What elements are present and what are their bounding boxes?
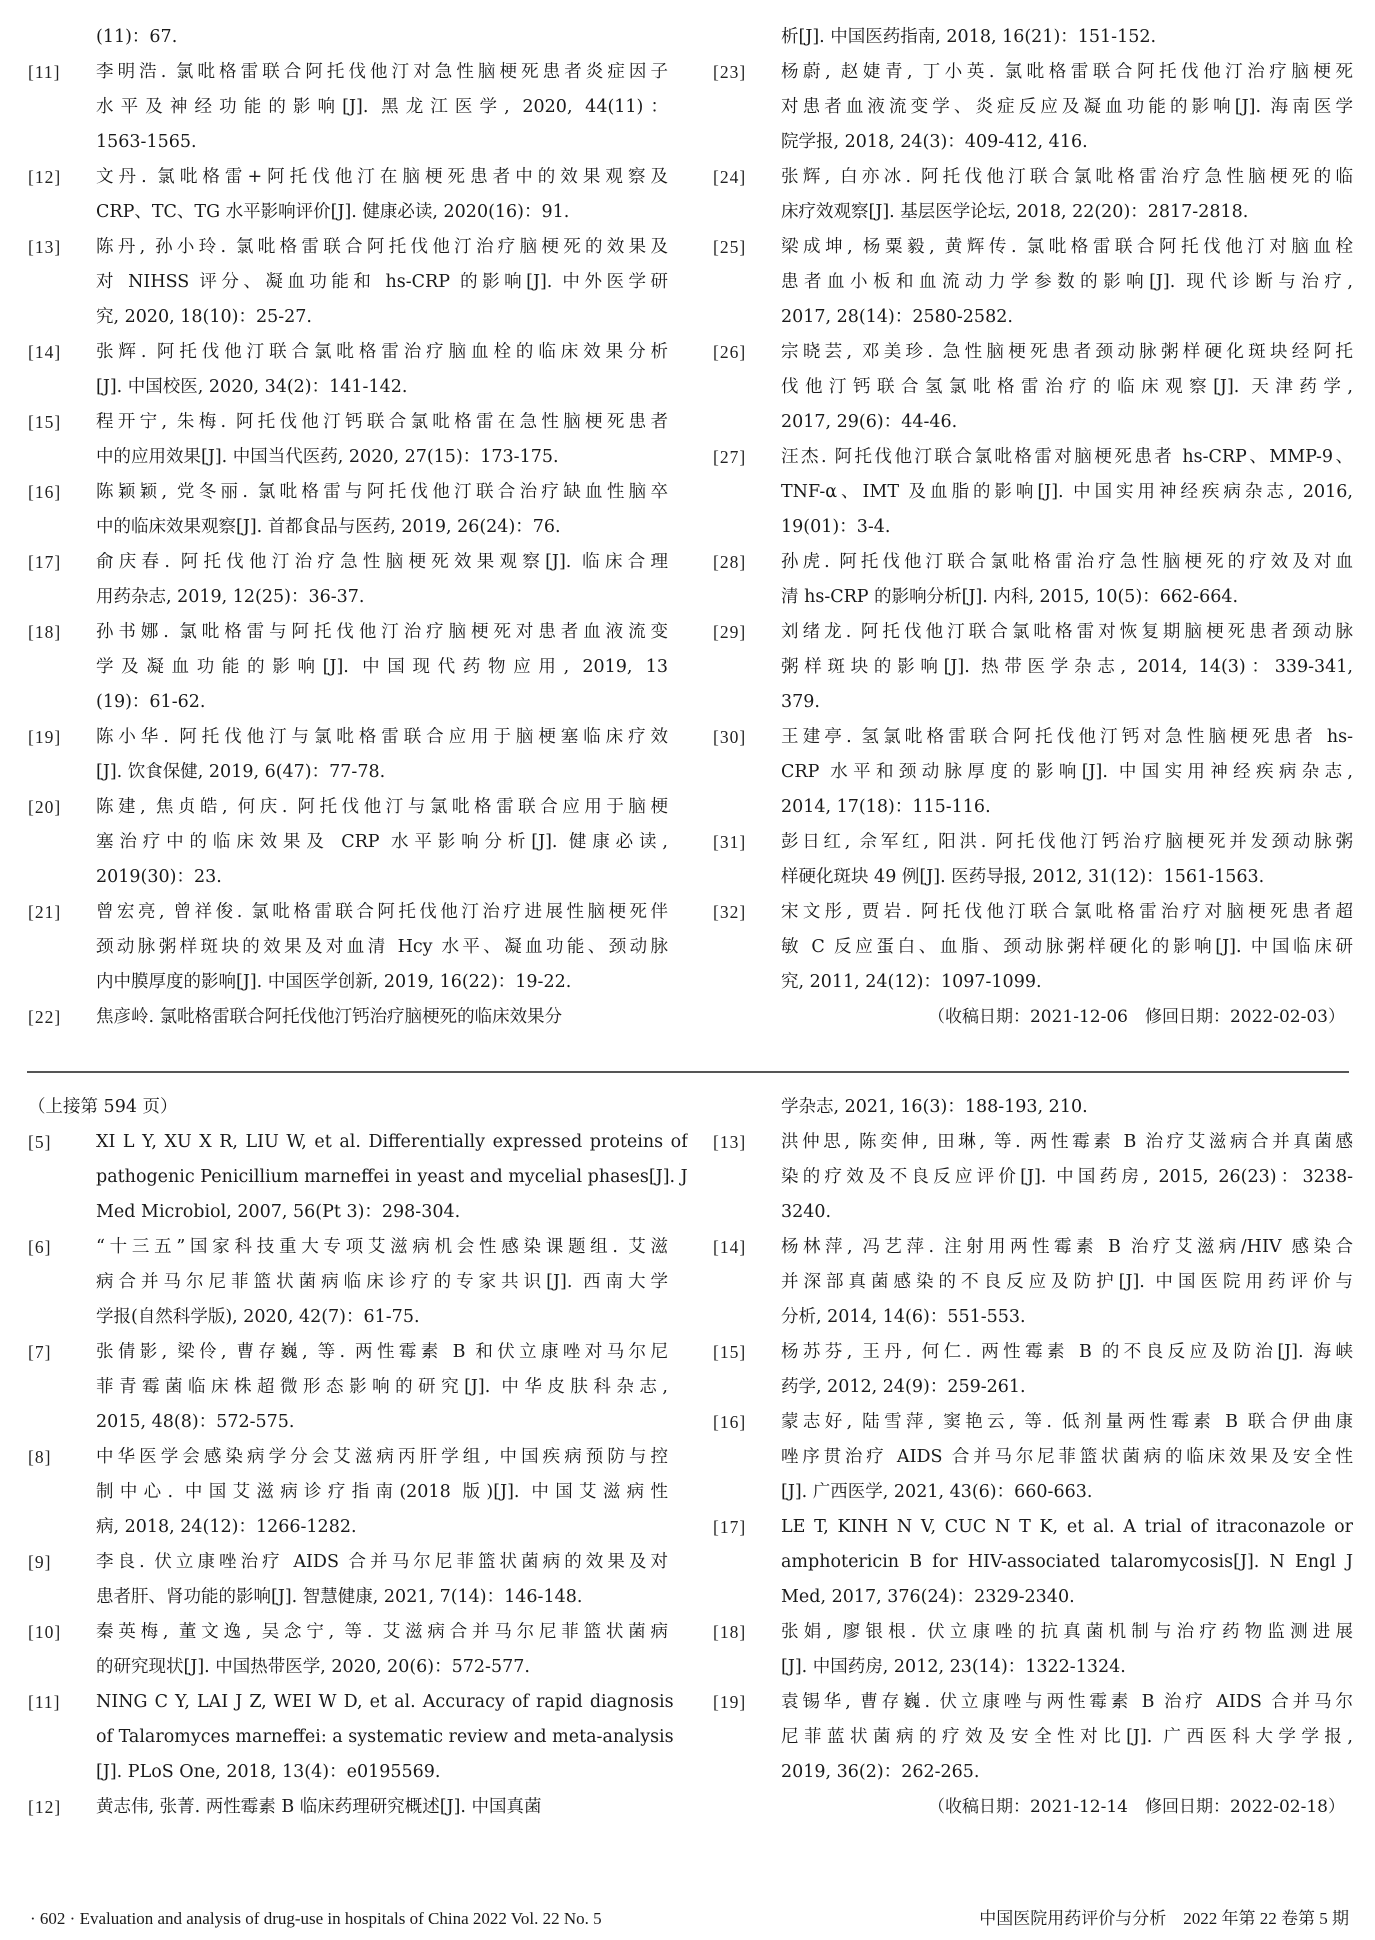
- reference-number: [27]: [713, 440, 781, 475]
- reference-entry: [31]彭日红, 佘军红, 阳洪. 阿托伐他汀钙治疗脑梗死并发颈动脉粥样硬化斑块…: [713, 825, 1353, 895]
- reference-number: [20]: [28, 790, 96, 825]
- reference-entry: [16]陈颖颖, 党冬丽. 氯吡格雷与阿托伐他汀联合治疗缺血性脑卒中的临床效果观…: [28, 475, 668, 545]
- reference-text: 汪杰. 阿托伐他汀联合氯吡格雷对脑梗死患者 hs-CRP、MMP-9、TNF-α…: [781, 440, 1353, 545]
- reference-column-top-left: (11)：67.[11]李明浩. 氯吡格雷联合阿托伐他汀对急性脑梗死患者炎症因子…: [28, 20, 668, 1035]
- reference-text: 程开宁, 朱梅. 阿托伐他汀钙联合氯吡格雷在急性脑梗死患者中的应用效果[J]. …: [96, 405, 668, 475]
- reference-line: 3240.: [781, 1195, 1353, 1230]
- reference-line: 陈小华. 阿托伐他汀与氯吡格雷联合应用于脑梗塞临床疗效: [96, 720, 668, 755]
- reference-entry: [5]XI L Y, XU X R, LIU W, et al. Differe…: [28, 1125, 668, 1230]
- reference-line: [J]. 中国校医, 2020, 34(2)：141-142.: [96, 370, 668, 405]
- reference-entry: [14]杨林萍, 冯艺萍. 注射用两性霉素 B 治疗艾滋病/HIV 感染合并深部…: [713, 1230, 1353, 1335]
- reference-text: 李明浩. 氯吡格雷联合阿托伐他汀对急性脑梗死患者炎症因子水平及神经功能的影响[J…: [96, 55, 668, 160]
- reference-text: XI L Y, XU X R, LIU W, et al. Differenti…: [96, 1125, 688, 1230]
- reference-number: [6]: [28, 1230, 96, 1265]
- reference-text: “十三五”国家科技重大专项艾滋病机会性感染课题组. 艾滋病合并马尔尼菲篮状菌病临…: [96, 1230, 668, 1335]
- reference-number: [7]: [28, 1335, 96, 1370]
- reference-entry: [11]NING C Y, LAI J Z, WEI W D, et al. A…: [28, 1685, 668, 1790]
- reference-entry: [13]洪仲思, 陈奕伸, 田琳, 等. 两性霉素 B 治疗艾滋病合并真菌感染的…: [713, 1125, 1353, 1230]
- reference-entry: [13]陈丹, 孙小玲. 氯吡格雷联合阿托伐他汀治疗脑梗死的效果及对 NIHSS…: [28, 230, 668, 335]
- reference-entry: [18]张娟, 廖银根. 伏立康唑的抗真菌机制与治疗药物监测进展[J]. 中国药…: [713, 1615, 1353, 1685]
- reference-number: [29]: [713, 615, 781, 650]
- reference-line: 黄志伟, 张菁. 两性霉素 B 临床药理研究概述[J]. 中国真菌: [96, 1790, 668, 1825]
- reference-text: 杨林萍, 冯艺萍. 注射用两性霉素 B 治疗艾滋病/HIV 感染合并深部真菌感染…: [781, 1230, 1353, 1335]
- reference-text: 文丹. 氯吡格雷+阿托伐他汀在脑梗死患者中的效果观察及CRP、TC、TG 水平影…: [96, 160, 668, 230]
- reference-line: 孙书娜. 氯吡格雷与阿托伐他汀治疗脑梗死对患者血液流变: [96, 615, 668, 650]
- reference-entry: [12]文丹. 氯吡格雷+阿托伐他汀在脑梗死患者中的效果观察及CRP、TC、TG…: [28, 160, 668, 230]
- reference-entry: [23]杨蔚, 赵婕青, 丁小英. 氯吡格雷联合阿托伐他汀治疗脑梗死对患者血液流…: [713, 55, 1353, 160]
- reference-line: 敏 C 反应蛋白、血脂、颈动脉粥样硬化的影响[J]. 中国临床研: [781, 930, 1353, 965]
- reference-number: [13]: [28, 230, 96, 265]
- reference-continuation-line: 学杂志, 2021, 16(3)：188-193, 210.: [713, 1090, 1353, 1125]
- reference-line: 2019(30)：23.: [96, 860, 668, 895]
- reference-number: [22]: [28, 1000, 96, 1035]
- reference-number: [23]: [713, 55, 781, 90]
- reference-entry: [29]刘绪龙. 阿托伐他汀联合氯吡格雷对恢复期脑梗死患者颈动脉粥样斑块的影响[…: [713, 615, 1353, 720]
- reference-line: 究, 2011, 24(12)：1097-1099.: [781, 965, 1353, 1000]
- reference-number: [30]: [713, 720, 781, 755]
- reference-entry: [7]张倩影, 梁伶, 曹存巍, 等. 两性霉素 B 和伏立康唑对马尔尼菲青霉菌…: [28, 1335, 668, 1440]
- reference-line: 对 NIHSS 评分、凝血功能和 hs-CRP 的影响[J]. 中外医学研: [96, 265, 668, 300]
- reference-column-bottom-left: （上接第 594 页）[5]XI L Y, XU X R, LIU W, et …: [28, 1090, 668, 1825]
- reference-line: 秦英梅, 董文逸, 吴念宁, 等. 艾滋病合并马尔尼菲篮状菌病: [96, 1615, 668, 1650]
- reference-line: 王建亭. 氢氯吡格雷联合阿托伐他汀钙对急性脑梗死患者 hs-: [781, 720, 1353, 755]
- reference-text: 杨蔚, 赵婕青, 丁小英. 氯吡格雷联合阿托伐他汀治疗脑梗死对患者血液流变学、炎…: [781, 55, 1353, 160]
- reference-line: 水平及神经功能的影响[J]. 黑龙江医学, 2020, 44(11)：: [96, 90, 668, 125]
- reference-number: [32]: [713, 895, 781, 930]
- reference-line: 究, 2020, 18(10)：25-27.: [96, 300, 668, 335]
- reference-entry: [19]陈小华. 阿托伐他汀与氯吡格雷联合应用于脑梗塞临床疗效[J]. 饮食保健…: [28, 720, 668, 790]
- reference-line: 样硬化斑块 49 例[J]. 医药导报, 2012, 31(12)：1561-1…: [781, 860, 1353, 895]
- reference-number: [17]: [28, 545, 96, 580]
- reference-line: 1563-1565.: [96, 125, 668, 160]
- reference-line: TNF-α、IMT 及血脂的影响[J]. 中国实用神经疾病杂志, 2016,: [781, 475, 1353, 510]
- reference-line: 洪仲思, 陈奕伸, 田琳, 等. 两性霉素 B 治疗艾滋病合并真菌感: [781, 1125, 1353, 1160]
- reference-line: 药学, 2012, 24(9)：259-261.: [781, 1370, 1353, 1405]
- reference-line: 2017, 28(14)：2580-2582.: [781, 300, 1353, 335]
- reference-line: 文丹. 氯吡格雷+阿托伐他汀在脑梗死患者中的效果观察及: [96, 160, 668, 195]
- reference-line: 宋文彤, 贾岩. 阿托伐他汀联合氯吡格雷治疗对脑梗死患者超: [781, 895, 1353, 930]
- reference-line: 杨林萍, 冯艺萍. 注射用两性霉素 B 治疗艾滋病/HIV 感染合: [781, 1230, 1353, 1265]
- reference-number: [16]: [28, 475, 96, 510]
- reference-line: 制中心. 中国艾滋病诊疗指南(2018 版)[J]. 中国艾滋病性: [96, 1475, 668, 1510]
- reference-number: [19]: [28, 720, 96, 755]
- reference-line: 中的应用效果[J]. 中国当代医药, 2020, 27(15)：173-175.: [96, 440, 668, 475]
- reference-line: 2015, 48(8)：572-575.: [96, 1405, 668, 1440]
- reference-entry: [6]“十三五”国家科技重大专项艾滋病机会性感染课题组. 艾滋病合并马尔尼菲篮状…: [28, 1230, 668, 1335]
- reference-number: [18]: [28, 615, 96, 650]
- reference-text: 曾宏亮, 曾祥俊. 氯吡格雷联合阿托伐他汀治疗进展性脑梗死伴颈动脉粥样斑块的效果…: [96, 895, 668, 1000]
- reference-line: NING C Y, LAI J Z, WEI W D, et al. Accur…: [96, 1685, 674, 1720]
- reference-line: Med Microbiol, 2007, 56(Pt 3)：298-304.: [96, 1195, 688, 1230]
- reference-line: 19(01)：3-4.: [781, 510, 1353, 545]
- reference-text: 彭日红, 佘军红, 阳洪. 阿托伐他汀钙治疗脑梗死并发颈动脉粥样硬化斑块 49 …: [781, 825, 1353, 895]
- reference-line: 塞治疗中的临床效果及 CRP 水平影响分析[J]. 健康必读,: [96, 825, 668, 860]
- reference-text: 陈丹, 孙小玲. 氯吡格雷联合阿托伐他汀治疗脑梗死的效果及对 NIHSS 评分、…: [96, 230, 668, 335]
- reference-text: NING C Y, LAI J Z, WEI W D, et al. Accur…: [96, 1685, 674, 1790]
- reference-column-bottom-right: 学杂志, 2021, 16(3)：188-193, 210.[13]洪仲思, 陈…: [713, 1090, 1353, 1825]
- footer-journal-info-chinese: 中国医院用药评价与分析 2022 年第 22 卷第 5 期: [979, 1904, 1349, 1934]
- reference-line: 床疗效观察[J]. 基层医学论坛, 2018, 22(20)：2817-2818…: [781, 195, 1353, 230]
- reference-number: [26]: [713, 335, 781, 370]
- reference-line: 彭日红, 佘军红, 阳洪. 阿托伐他汀钙治疗脑梗死并发颈动脉粥: [781, 825, 1353, 860]
- reference-line: Med, 2017, 376(24)：2329-2340.: [781, 1580, 1353, 1615]
- reference-line: 菲青霉菌临床株超微形态影响的研究[J]. 中华皮肤科杂志,: [96, 1370, 668, 1405]
- reference-line: 患者肝、肾功能的影响[J]. 智慧健康, 2021, 7(14)：146-148…: [96, 1580, 668, 1615]
- reference-text: LE T, KINH N V, CUC N T K, et al. A tria…: [781, 1510, 1353, 1615]
- reference-line: 院学报, 2018, 24(3)：409-412, 416.: [781, 125, 1353, 160]
- reference-line: 张辉, 白亦冰. 阿托伐他汀联合氯吡格雷治疗急性脑梗死的临: [781, 160, 1353, 195]
- reference-line: (19)：61-62.: [96, 685, 668, 720]
- reference-text: 孙虎. 阿托伐他汀联合氯吡格雷治疗急性脑梗死的疗效及对血清 hs-CRP 的影响…: [781, 545, 1353, 615]
- reference-text: 蒙志好, 陆雪萍, 窦艳云, 等. 低剂量两性霉素 B 联合伊曲康唑序贯治疗 A…: [781, 1405, 1353, 1510]
- reference-entry: [15]杨苏芬, 王丹, 何仁. 两性霉素 B 的不良反应及防治[J]. 海峡药…: [713, 1335, 1353, 1405]
- reference-line: CRP 水平和颈动脉厚度的影响[J]. 中国实用神经疾病杂志,: [781, 755, 1353, 790]
- reference-number: [18]: [713, 1615, 781, 1650]
- reference-number: [5]: [28, 1125, 96, 1160]
- reference-line: 学及凝血功能的影响[J]. 中国现代药物应用, 2019, 13: [96, 650, 668, 685]
- reference-line: 俞庆春. 阿托伐他汀治疗急性脑梗死效果观察[J]. 临床合理: [96, 545, 668, 580]
- reference-entry: [26]宗晓芸, 邓美珍. 急性脑梗死患者颈动脉粥样硬化斑块经阿托伐他汀钙联合氢…: [713, 335, 1353, 440]
- reference-line: 唑序贯治疗 AIDS 合并马尔尼菲篮状菌病的临床效果及安全性: [781, 1440, 1353, 1475]
- reference-line: 粥样斑块的影响[J]. 热带医学杂志, 2014, 14(3)：339-341,: [781, 650, 1353, 685]
- reference-column-top-right: 析[J]. 中国医药指南, 2018, 16(21)：151-152.[23]杨…: [713, 20, 1353, 1035]
- reference-entry: [16]蒙志好, 陆雪萍, 窦艳云, 等. 低剂量两性霉素 B 联合伊曲康唑序贯…: [713, 1405, 1353, 1510]
- reference-line: 孙虎. 阿托伐他汀联合氯吡格雷治疗急性脑梗死的疗效及对血: [781, 545, 1353, 580]
- reference-number: [15]: [28, 405, 96, 440]
- reference-entry: [8]中华医学会感染病学分会艾滋病丙肝学组, 中国疾病预防与控制中心. 中国艾滋…: [28, 1440, 668, 1545]
- reference-line: 用药杂志, 2019, 12(25)：36-37.: [96, 580, 668, 615]
- reference-line: [J]. 中国药房, 2012, 23(14)：1322-1324.: [781, 1650, 1353, 1685]
- reference-text: 陈建, 焦贞皓, 何庆. 阿托伐他汀与氯吡格雷联合应用于脑梗塞治疗中的临床效果及…: [96, 790, 668, 895]
- reference-line: “十三五”国家科技重大专项艾滋病机会性感染课题组. 艾滋: [96, 1230, 668, 1265]
- received-revised-dates: （收稿日期：2021-12-06 修回日期：2022-02-03）: [713, 1000, 1353, 1035]
- reference-line: 颈动脉粥样斑块的效果及对血清 Hcy 水平、凝血功能、颈动脉: [96, 930, 668, 965]
- reference-line: 李明浩. 氯吡格雷联合阿托伐他汀对急性脑梗死患者炎症因子: [96, 55, 668, 90]
- reference-continuation-line: (11)：67.: [28, 20, 668, 55]
- reference-line: 梁成坤, 杨粟毅, 黄辉传. 氯吡格雷联合阿托伐他汀对脑血栓: [781, 230, 1353, 265]
- reference-number: [19]: [713, 1685, 781, 1720]
- reference-entry: [22]焦彦岭. 氯吡格雷联合阿托伐他汀钙治疗脑梗死的临床效果分: [28, 1000, 668, 1035]
- reference-line: [J]. PLoS One, 2018, 13(4)：e0195569.: [96, 1755, 674, 1790]
- reference-line: 陈丹, 孙小玲. 氯吡格雷联合阿托伐他汀治疗脑梗死的效果及: [96, 230, 668, 265]
- reference-entry: [17]俞庆春. 阿托伐他汀治疗急性脑梗死效果观察[J]. 临床合理用药杂志, …: [28, 545, 668, 615]
- reference-line: 患者血小板和血流动力学参数的影响[J]. 现代诊断与治疗,: [781, 265, 1353, 300]
- reference-number: [11]: [28, 55, 96, 90]
- reference-text: 袁锡华, 曹存巍. 伏立康唑与两性霉素 B 治疗 AIDS 合并马尔尼菲蓝状菌病…: [781, 1685, 1353, 1790]
- reference-number: [24]: [713, 160, 781, 195]
- section-divider: [27, 1071, 1349, 1073]
- reference-line: 焦彦岭. 氯吡格雷联合阿托伐他汀钙治疗脑梗死的临床效果分: [96, 1000, 668, 1035]
- reference-entry: [19]袁锡华, 曹存巍. 伏立康唑与两性霉素 B 治疗 AIDS 合并马尔尼菲…: [713, 1685, 1353, 1790]
- reference-entry: [28]孙虎. 阿托伐他汀联合氯吡格雷治疗急性脑梗死的疗效及对血清 hs-CRP…: [713, 545, 1353, 615]
- received-revised-dates: （收稿日期：2021-12-14 修回日期：2022-02-18）: [713, 1790, 1353, 1825]
- reference-text: 陈颖颖, 党冬丽. 氯吡格雷与阿托伐他汀联合治疗缺血性脑卒中的临床效果观察[J]…: [96, 475, 668, 545]
- reference-number: [21]: [28, 895, 96, 930]
- reference-text: 张辉, 白亦冰. 阿托伐他汀联合氯吡格雷治疗急性脑梗死的临床疗效观察[J]. 基…: [781, 160, 1353, 230]
- reference-text: 孙书娜. 氯吡格雷与阿托伐他汀治疗脑梗死对患者血液流变学及凝血功能的影响[J].…: [96, 615, 668, 720]
- reference-line: 染的疗效及不良反应评价[J]. 中国药房, 2015, 26(23)：3238-: [781, 1160, 1353, 1195]
- reference-line: 张娟, 廖银根. 伏立康唑的抗真菌机制与治疗药物监测进展: [781, 1615, 1353, 1650]
- reference-entry: [20]陈建, 焦贞皓, 何庆. 阿托伐他汀与氯吡格雷联合应用于脑梗塞治疗中的临…: [28, 790, 668, 895]
- reference-entry: [15]程开宁, 朱梅. 阿托伐他汀钙联合氯吡格雷在急性脑梗死患者中的应用效果[…: [28, 405, 668, 475]
- reference-text: 王建亭. 氢氯吡格雷联合阿托伐他汀钙对急性脑梗死患者 hs-CRP 水平和颈动脉…: [781, 720, 1353, 825]
- reference-number: [8]: [28, 1440, 96, 1475]
- reference-line: 对患者血液流变学、炎症反应及凝血功能的影响[J]. 海南医学: [781, 90, 1353, 125]
- reference-line: 379.: [781, 685, 1353, 720]
- reference-line: 杨蔚, 赵婕青, 丁小英. 氯吡格雷联合阿托伐他汀治疗脑梗死: [781, 55, 1353, 90]
- reference-line: 曾宏亮, 曾祥俊. 氯吡格雷联合阿托伐他汀治疗进展性脑梗死伴: [96, 895, 668, 930]
- reference-text: 刘绪龙. 阿托伐他汀联合氯吡格雷对恢复期脑梗死患者颈动脉粥样斑块的影响[J]. …: [781, 615, 1353, 720]
- reference-line: 汪杰. 阿托伐他汀联合氯吡格雷对脑梗死患者 hs-CRP、MMP-9、: [781, 440, 1353, 475]
- reference-line: 2014, 17(18)：115-116.: [781, 790, 1353, 825]
- reference-entry: [18]孙书娜. 氯吡格雷与阿托伐他汀治疗脑梗死对患者血液流变学及凝血功能的影响…: [28, 615, 668, 720]
- reference-line: 分析, 2014, 14(6)：551-553.: [781, 1300, 1353, 1335]
- reference-line: 李良. 伏立康唑治疗 AIDS 合并马尔尼菲篮状菌病的效果及对: [96, 1545, 668, 1580]
- reference-entry: [21]曾宏亮, 曾祥俊. 氯吡格雷联合阿托伐他汀治疗进展性脑梗死伴颈动脉粥样斑…: [28, 895, 668, 1000]
- reference-number: [15]: [713, 1335, 781, 1370]
- reference-number: [28]: [713, 545, 781, 580]
- reference-line: XI L Y, XU X R, LIU W, et al. Differenti…: [96, 1125, 688, 1160]
- reference-line: 陈建, 焦贞皓, 何庆. 阿托伐他汀与氯吡格雷联合应用于脑梗: [96, 790, 668, 825]
- reference-line: 学报(自然科学版), 2020, 42(7)：61-75.: [96, 1300, 668, 1335]
- reference-entry: [25]梁成坤, 杨粟毅, 黄辉传. 氯吡格雷联合阿托伐他汀对脑血栓患者血小板和…: [713, 230, 1353, 335]
- reference-line: 中华医学会感染病学分会艾滋病丙肝学组, 中国疾病预防与控: [96, 1440, 668, 1475]
- reference-entry: [24]张辉, 白亦冰. 阿托伐他汀联合氯吡格雷治疗急性脑梗死的临床疗效观察[J…: [713, 160, 1353, 230]
- reference-number: [16]: [713, 1405, 781, 1440]
- reference-continuation-line: 析[J]. 中国医药指南, 2018, 16(21)：151-152.: [713, 20, 1353, 55]
- reference-entry: [27]汪杰. 阿托伐他汀联合氯吡格雷对脑梗死患者 hs-CRP、MMP-9、T…: [713, 440, 1353, 545]
- reference-line: 并深部真菌感染的不良反应及防护[J]. 中国医院用药评价与: [781, 1265, 1353, 1300]
- reference-line: amphotericin B for HIV-associated talaro…: [781, 1545, 1353, 1580]
- reference-number: [31]: [713, 825, 781, 860]
- reference-line: 杨苏芬, 王丹, 何仁. 两性霉素 B 的不良反应及防治[J]. 海峡: [781, 1335, 1353, 1370]
- reference-line: of Talaromyces marneffei: a systematic r…: [96, 1720, 674, 1755]
- reference-number: [14]: [28, 335, 96, 370]
- reference-number: [14]: [713, 1230, 781, 1265]
- reference-number: [12]: [28, 160, 96, 195]
- reference-number: [12]: [28, 1790, 96, 1825]
- reference-text: 陈小华. 阿托伐他汀与氯吡格雷联合应用于脑梗塞临床疗效[J]. 饮食保健, 20…: [96, 720, 668, 790]
- reference-number: [17]: [713, 1510, 781, 1545]
- reference-line: 张辉. 阿托伐他汀联合氯吡格雷治疗脑血栓的临床效果分析: [96, 335, 668, 370]
- reference-line: 程开宁, 朱梅. 阿托伐他汀钙联合氯吡格雷在急性脑梗死患者: [96, 405, 668, 440]
- reference-line: LE T, KINH N V, CUC N T K, et al. A tria…: [781, 1510, 1353, 1545]
- reference-text: 张辉. 阿托伐他汀联合氯吡格雷治疗脑血栓的临床效果分析[J]. 中国校医, 20…: [96, 335, 668, 405]
- reference-entry: [11]李明浩. 氯吡格雷联合阿托伐他汀对急性脑梗死患者炎症因子水平及神经功能的…: [28, 55, 668, 160]
- reference-line: [J]. 广西医学, 2021, 43(6)：660-663.: [781, 1475, 1353, 1510]
- reference-entry: [9]李良. 伏立康唑治疗 AIDS 合并马尔尼菲篮状菌病的效果及对患者肝、肾功…: [28, 1545, 668, 1615]
- reference-line: 张倩影, 梁伶, 曹存巍, 等. 两性霉素 B 和伏立康唑对马尔尼: [96, 1335, 668, 1370]
- reference-line: [J]. 饮食保健, 2019, 6(47)：77-78.: [96, 755, 668, 790]
- reference-line: 陈颖颖, 党冬丽. 氯吡格雷与阿托伐他汀联合治疗缺血性脑卒: [96, 475, 668, 510]
- reference-text: 张娟, 廖银根. 伏立康唑的抗真菌机制与治疗药物监测进展[J]. 中国药房, 2…: [781, 1615, 1353, 1685]
- reference-text: 李良. 伏立康唑治疗 AIDS 合并马尔尼菲篮状菌病的效果及对患者肝、肾功能的影…: [96, 1545, 668, 1615]
- reference-line: 2017, 29(6)：44-46.: [781, 405, 1353, 440]
- reference-line: 袁锡华, 曹存巍. 伏立康唑与两性霉素 B 治疗 AIDS 合并马尔: [781, 1685, 1353, 1720]
- reference-text: 宗晓芸, 邓美珍. 急性脑梗死患者颈动脉粥样硬化斑块经阿托伐他汀钙联合氢氯吡格雷…: [781, 335, 1353, 440]
- reference-text: 洪仲思, 陈奕伸, 田琳, 等. 两性霉素 B 治疗艾滋病合并真菌感染的疗效及不…: [781, 1125, 1353, 1230]
- footer-page-info-english: · 602 · Evaluation and analysis of drug-…: [30, 1904, 602, 1934]
- reference-text: 张倩影, 梁伶, 曹存巍, 等. 两性霉素 B 和伏立康唑对马尔尼菲青霉菌临床株…: [96, 1335, 668, 1440]
- reference-entry: [12]黄志伟, 张菁. 两性霉素 B 临床药理研究概述[J]. 中国真菌: [28, 1790, 668, 1825]
- reference-entry: [10]秦英梅, 董文逸, 吴念宁, 等. 艾滋病合并马尔尼菲篮状菌病的研究现状…: [28, 1615, 668, 1685]
- reference-entry: [30]王建亭. 氢氯吡格雷联合阿托伐他汀钙对急性脑梗死患者 hs-CRP 水平…: [713, 720, 1353, 825]
- reference-line: 伐他汀钙联合氢氯吡格雷治疗的临床观察[J]. 天津药学,: [781, 370, 1353, 405]
- reference-number: [9]: [28, 1545, 96, 1580]
- reference-text: 梁成坤, 杨粟毅, 黄辉传. 氯吡格雷联合阿托伐他汀对脑血栓患者血小板和血流动力…: [781, 230, 1353, 335]
- reference-text: 秦英梅, 董文逸, 吴念宁, 等. 艾滋病合并马尔尼菲篮状菌病的研究现状[J].…: [96, 1615, 668, 1685]
- reference-entry: [17]LE T, KINH N V, CUC N T K, et al. A …: [713, 1510, 1353, 1615]
- reference-number: [25]: [713, 230, 781, 265]
- reference-line: 病, 2018, 24(12)：1266-1282.: [96, 1510, 668, 1545]
- reference-text: 杨苏芬, 王丹, 何仁. 两性霉素 B 的不良反应及防治[J]. 海峡药学, 2…: [781, 1335, 1353, 1405]
- reference-text: 焦彦岭. 氯吡格雷联合阿托伐他汀钙治疗脑梗死的临床效果分: [96, 1000, 668, 1035]
- reference-line: 宗晓芸, 邓美珍. 急性脑梗死患者颈动脉粥样硬化斑块经阿托: [781, 335, 1353, 370]
- reference-number: [11]: [28, 1685, 96, 1720]
- reference-line: 的研究现状[J]. 中国热带医学, 2020, 20(6)：572-577.: [96, 1650, 668, 1685]
- reference-line: 尼菲蓝状菌病的疗效及安全性对比[J]. 广西医科大学学报,: [781, 1720, 1353, 1755]
- reference-line: CRP、TC、TG 水平影响评价[J]. 健康必读, 2020(16)：91.: [96, 195, 668, 230]
- reference-line: 清 hs-CRP 的影响分析[J]. 内科, 2015, 10(5)：662-6…: [781, 580, 1353, 615]
- reference-line: pathogenic Penicillium marneffei in yeas…: [96, 1160, 688, 1195]
- reference-text: 宋文彤, 贾岩. 阿托伐他汀联合氯吡格雷治疗对脑梗死患者超敏 C 反应蛋白、血脂…: [781, 895, 1353, 1000]
- reference-line: 内中膜厚度的影响[J]. 中国医学创新, 2019, 16(22)：19-22.: [96, 965, 668, 1000]
- reference-text: 黄志伟, 张菁. 两性霉素 B 临床药理研究概述[J]. 中国真菌: [96, 1790, 668, 1825]
- reference-line: 蒙志好, 陆雪萍, 窦艳云, 等. 低剂量两性霉素 B 联合伊曲康: [781, 1405, 1353, 1440]
- reference-line: 2019, 36(2)：262-265.: [781, 1755, 1353, 1790]
- reference-line: 刘绪龙. 阿托伐他汀联合氯吡格雷对恢复期脑梗死患者颈动脉: [781, 615, 1353, 650]
- reference-line: 中的临床效果观察[J]. 首都食品与医药, 2019, 26(24)：76.: [96, 510, 668, 545]
- continued-from-note: （上接第 594 页）: [28, 1090, 668, 1125]
- reference-text: 中华医学会感染病学分会艾滋病丙肝学组, 中国疾病预防与控制中心. 中国艾滋病诊疗…: [96, 1440, 668, 1545]
- reference-entry: [14]张辉. 阿托伐他汀联合氯吡格雷治疗脑血栓的临床效果分析[J]. 中国校医…: [28, 335, 668, 405]
- reference-entry: [32]宋文彤, 贾岩. 阿托伐他汀联合氯吡格雷治疗对脑梗死患者超敏 C 反应蛋…: [713, 895, 1353, 1000]
- reference-text: 俞庆春. 阿托伐他汀治疗急性脑梗死效果观察[J]. 临床合理用药杂志, 2019…: [96, 545, 668, 615]
- reference-line: 病合并马尔尼菲篮状菌病临床诊疗的专家共识[J]. 西南大学: [96, 1265, 668, 1300]
- reference-number: [13]: [713, 1125, 781, 1160]
- reference-number: [10]: [28, 1615, 96, 1650]
